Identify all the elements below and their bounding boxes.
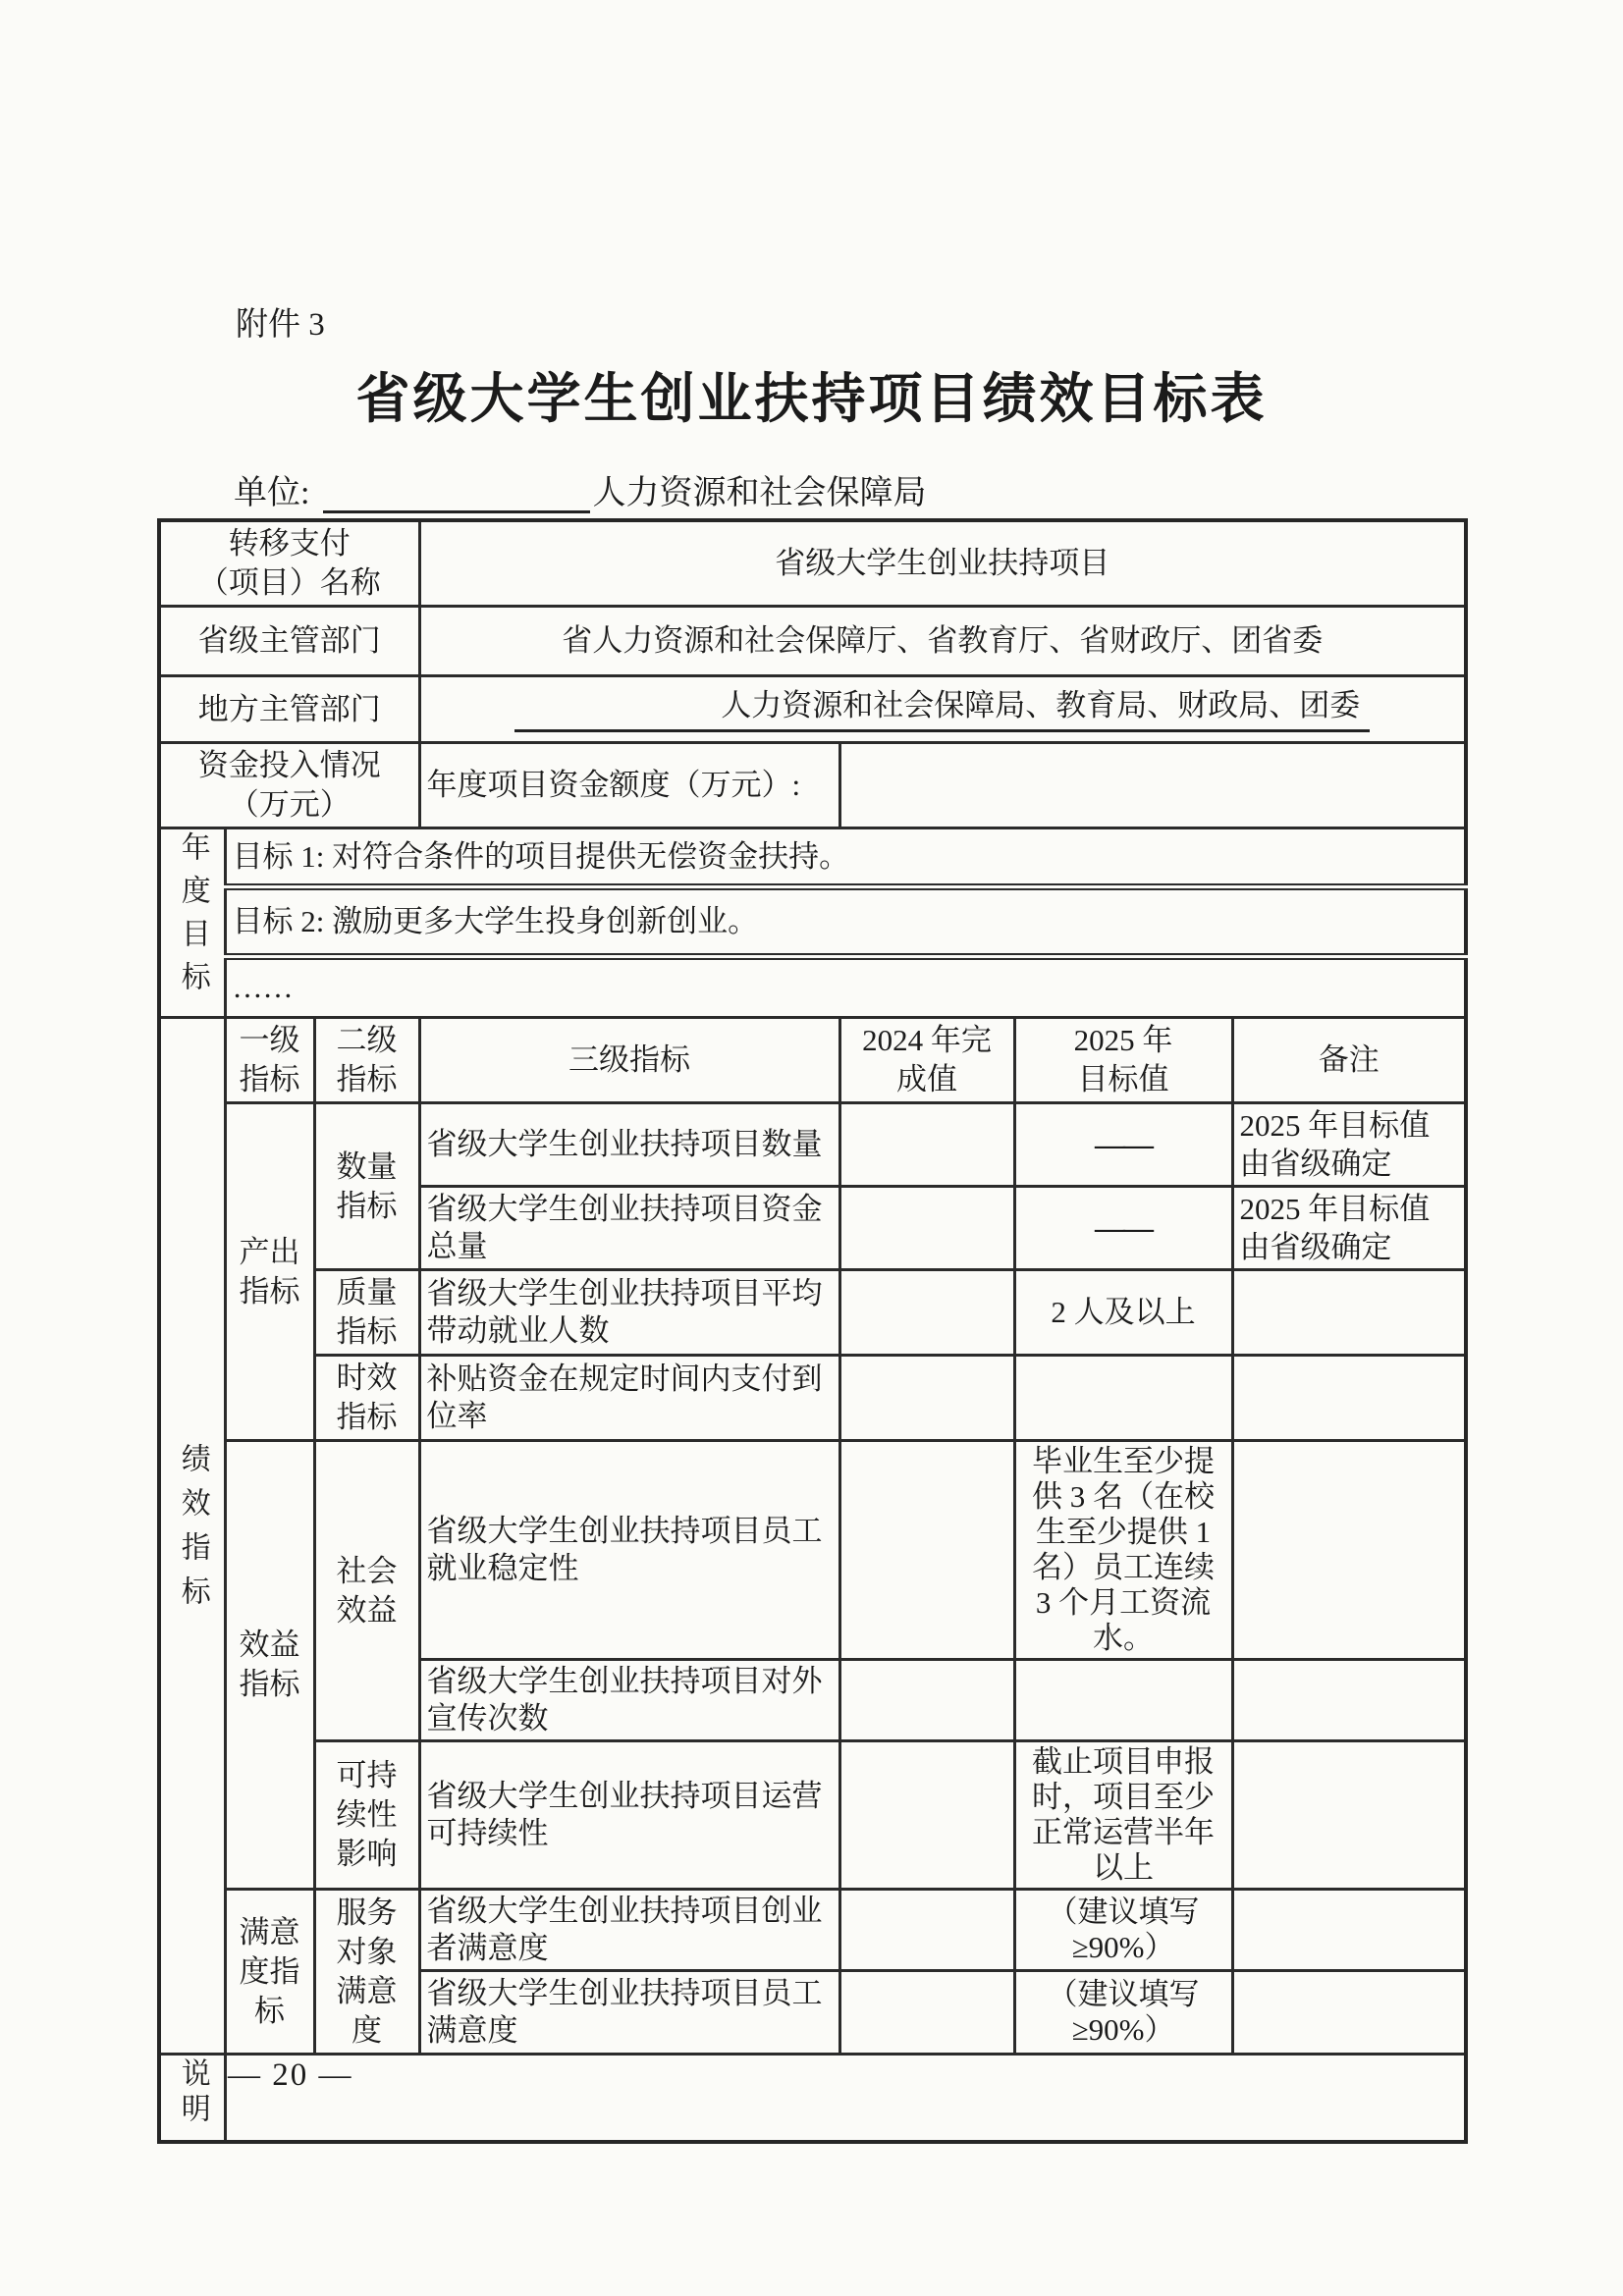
indicator-note-cell xyxy=(1232,1741,1466,1890)
indicator-note-cell: 2025 年目标值 由省级确定 xyxy=(1232,1187,1466,1270)
unit-label: 单位: xyxy=(234,475,309,511)
header-2024-done: 2024 年完 成值 xyxy=(839,1018,1014,1103)
unit-value: 人力资源和社会保障局 xyxy=(592,475,926,511)
indicator-2025-target-cell xyxy=(1014,1356,1232,1441)
indicator-note-cell xyxy=(1232,1660,1466,1741)
table-row: 满意度指标 服务对象满意度 省级大学生创业扶持项目创业者满意度 （建议填写 ≥9… xyxy=(159,1890,1466,1971)
table-row: 时效指标 补贴资金在规定时间内支付到位率 xyxy=(159,1356,1466,1441)
header-2025-target: 2025 年 目标值 xyxy=(1014,1018,1232,1103)
indicator-note-cell xyxy=(1232,1270,1466,1356)
indicator-2025-target-cell: 毕业生至少提 供 3 名（在校 生至少提供 1 名）员工连续 3 个月工资流 水… xyxy=(1014,1441,1232,1660)
indicator-2024-blank-cell xyxy=(839,1441,1014,1660)
indicator-name-cell: 省级大学生创业扶持项目员工满意度 xyxy=(419,1971,839,2055)
performance-target-table: 转移支付 （项目）名称 省级大学生创业扶持项目 省级主管部门 省人力资源和社会保… xyxy=(157,518,1468,2144)
header-level2: 二级 指标 xyxy=(314,1018,419,1103)
funding-label-cell: 资金投入情况 （万元） xyxy=(159,743,419,828)
indicator-2024-blank-cell xyxy=(839,1660,1014,1741)
table-row: 地方主管部门 人力资源和社会保障局、教育局、财政局、团委 xyxy=(159,676,1466,743)
table-row: 省级主管部门 省人力资源和社会保障厅、省教育厅、省财政厅、团省委 xyxy=(159,607,1466,676)
note-side-label: 说明 xyxy=(173,2057,212,2128)
goal-item-2-cell: 目标 2: 激励更多大学生投身创新创业。 xyxy=(225,887,1466,957)
header-note: 备注 xyxy=(1232,1018,1466,1103)
funding-amount-blank-cell xyxy=(839,743,1466,828)
funding-sub-label-cell: 年度项目资金额度（万元）: xyxy=(419,743,839,828)
level2-quality-cell: 质量指标 xyxy=(314,1270,419,1356)
indicator-note-cell xyxy=(1232,1441,1466,1660)
level2-quantity-cell: 数量指标 xyxy=(314,1103,419,1270)
table-row: 目标 2: 激励更多大学生投身创新创业。 xyxy=(159,887,1466,957)
indicator-name-cell: 省级大学生创业扶持项目对外宣传次数 xyxy=(419,1660,839,1741)
note-side-cell: 说明 xyxy=(159,2055,225,2143)
note-content-blank-cell xyxy=(225,2055,1466,2143)
level2-social-benefit-cell: 社会效益 xyxy=(314,1441,419,1741)
table-row: 资金投入情况 （万元） 年度项目资金额度（万元）: xyxy=(159,743,1466,828)
level2-timeliness-cell: 时效指标 xyxy=(314,1356,419,1441)
indicator-name-cell: 补贴资金在规定时间内支付到位率 xyxy=(419,1356,839,1441)
level1-output-cell: 产出指标 xyxy=(225,1103,314,1441)
table-header-row: 绩效指标 一级 指标 二级 指标 三级指标 2024 年完 成值 2025 年 … xyxy=(159,1018,1466,1103)
goal-item-1-cell: 目标 1: 对符合条件的项目提供无偿资金扶持。 xyxy=(225,828,1466,887)
attachment-label: 附件 3 xyxy=(236,298,325,345)
indicator-2024-blank-cell xyxy=(839,1187,1014,1270)
level1-satisfaction-cell: 满意度指标 xyxy=(225,1890,314,2055)
table-row: 质量指标 省级大学生创业扶持项目平均带动就业人数 2 人及以上 xyxy=(159,1270,1466,1356)
header-level1: 一级 指标 xyxy=(225,1018,314,1103)
indicator-2024-blank-cell xyxy=(839,1103,1014,1187)
unit-line: 单位:人力资源和社会保障局 xyxy=(234,465,926,513)
local-dept-underlined-value: 人力资源和社会保障局、教育局、财政局、团委 xyxy=(514,686,1370,732)
indicator-note-cell xyxy=(1232,1356,1466,1441)
indicator-2025-target-cell: 2 人及以上 xyxy=(1014,1270,1232,1356)
annual-goals-side-cell: 年度目标 xyxy=(159,828,225,1018)
indicator-2024-blank-cell xyxy=(839,1971,1014,2055)
transfer-name-label-cell: 转移支付 （项目）名称 xyxy=(159,520,419,607)
indicator-2025-target-cell: （建议填写 ≥90%） xyxy=(1014,1971,1232,2055)
indicator-name-cell: 省级大学生创业扶持项目平均带动就业人数 xyxy=(419,1270,839,1356)
indicator-2024-blank-cell xyxy=(839,1270,1014,1356)
level2-service-satisfaction-cell: 服务对象满意度 xyxy=(314,1890,419,2055)
table-row: 年度目标 目标 1: 对符合条件的项目提供无偿资金扶持。 xyxy=(159,828,1466,887)
level1-benefit-cell: 效益指标 xyxy=(225,1441,314,1890)
indicator-name-cell: 省级大学生创业扶持项目资金总量 xyxy=(419,1187,839,1270)
indicator-2024-blank-cell xyxy=(839,1356,1014,1441)
indicator-2025-target-cell: —— xyxy=(1014,1187,1232,1270)
table-row: 转移支付 （项目）名称 省级大学生创业扶持项目 xyxy=(159,520,1466,607)
level2-sustainability-cell: 可持续性影响 xyxy=(314,1741,419,1890)
indicator-name-cell: 省级大学生创业扶持项目运营可持续性 xyxy=(419,1741,839,1890)
page-title: 省级大学生创业扶持项目绩效目标表 xyxy=(0,355,1623,433)
indicator-note-cell xyxy=(1232,1890,1466,1971)
indicator-2025-target-cell: —— xyxy=(1014,1103,1232,1187)
table-row: 效益指标 社会效益 省级大学生创业扶持项目员工就业稳定性 毕业生至少提 供 3 … xyxy=(159,1441,1466,1660)
indicator-name-cell: 省级大学生创业扶持项目员工就业稳定性 xyxy=(419,1441,839,1660)
indicator-2025-target-cell xyxy=(1014,1660,1232,1741)
table-row: 可持续性影响 省级大学生创业扶持项目运营可持续性 截止项目申报 时，项目至少 正… xyxy=(159,1741,1466,1890)
transfer-name-value-cell: 省级大学生创业扶持项目 xyxy=(419,520,1466,607)
table-row: 说明 xyxy=(159,2055,1466,2143)
indicator-2024-blank-cell xyxy=(839,1890,1014,1971)
annual-goals-side-label: 年度目标 xyxy=(173,831,212,1004)
performance-side-label: 绩效指标 xyxy=(173,1443,212,1620)
indicator-name-cell: 省级大学生创业扶持项目创业者满意度 xyxy=(419,1890,839,1971)
provincial-dept-value-cell: 省人力资源和社会保障厅、省教育厅、省财政厅、团省委 xyxy=(419,607,1466,676)
local-dept-label-cell: 地方主管部门 xyxy=(159,676,419,743)
indicator-note-cell: 2025 年目标值 由省级确定 xyxy=(1232,1103,1466,1187)
indicator-2025-target-cell: （建议填写 ≥90%） xyxy=(1014,1890,1232,1971)
goal-item-more-cell: …… xyxy=(225,956,1466,1017)
performance-side-cell: 绩效指标 xyxy=(159,1018,225,2055)
indicator-note-cell xyxy=(1232,1971,1466,2055)
indicator-2024-blank-cell xyxy=(839,1741,1014,1890)
indicator-name-cell: 省级大学生创业扶持项目数量 xyxy=(419,1103,839,1187)
unit-blank-underline xyxy=(323,471,590,513)
page-number: — 20 — xyxy=(228,2057,353,2094)
header-level3: 三级指标 xyxy=(419,1018,839,1103)
local-dept-value-cell: 人力资源和社会保障局、教育局、财政局、团委 xyxy=(419,676,1466,743)
provincial-dept-label-cell: 省级主管部门 xyxy=(159,607,419,676)
scanned-document-page: 附件 3 省级大学生创业扶持项目绩效目标表 单位:人力资源和社会保障局 转移支付… xyxy=(0,0,1623,2296)
table-row: …… xyxy=(159,956,1466,1017)
table-row: 产出指标 数量指标 省级大学生创业扶持项目数量 —— 2025 年目标值 由省级… xyxy=(159,1103,1466,1187)
indicator-2025-target-cell: 截止项目申报 时，项目至少 正常运营半年 以上 xyxy=(1014,1741,1232,1890)
